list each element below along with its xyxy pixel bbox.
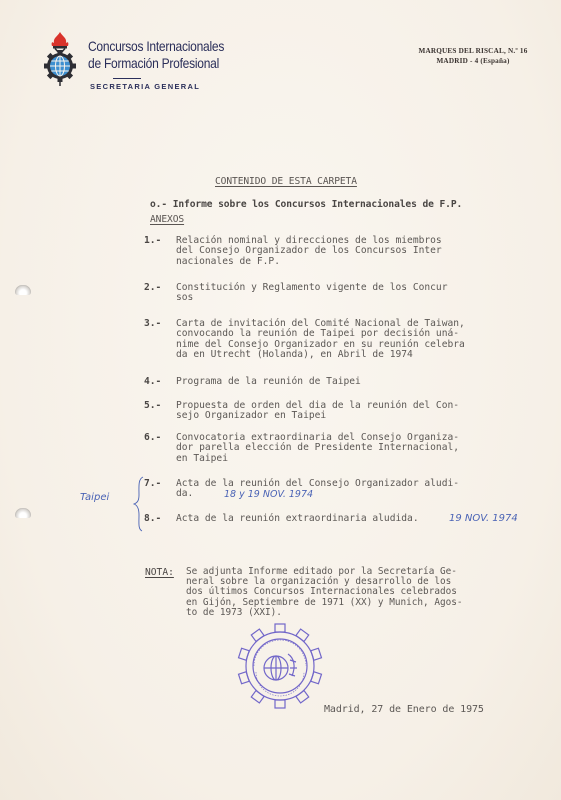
item-number: 1.- (144, 236, 176, 246)
item-text: Acta de la reunión del Consejo Organizad… (176, 479, 459, 500)
letterhead-divider (113, 78, 141, 79)
annex-item: 8.-Acta de la reunión extraordinaria alu… (144, 514, 419, 524)
address-line2: MADRID - 4 (España) (410, 56, 536, 66)
item-text: Relación nominal y direcciones de los mi… (176, 236, 442, 267)
address-line1: MARQUES DEL RISCAL, N.º 16 (410, 46, 536, 56)
intro-item: o.- Informe sobre los Concursos Internac… (150, 200, 462, 211)
item-text: Propuesta de orden del dia de la reunión… (176, 401, 459, 422)
item-text: Convocatoria extraordinaria del Consejo … (176, 433, 459, 464)
organization-name-line1: Concursos Internacionales (88, 38, 224, 55)
letterhead-address: MARQUES DEL RISCAL, N.º 16 MADRID - 4 (E… (410, 46, 536, 66)
punch-hole (15, 285, 31, 295)
item-text: Programa de la reunión de Taipei (176, 377, 361, 387)
note-label: NOTA: (145, 567, 174, 578)
item-text: Acta de la reunión extraordinaria aludid… (176, 514, 419, 524)
item-number: 3.- (144, 319, 176, 329)
annex-item: 4.-Programa de la reunión de Taipei (144, 377, 361, 387)
item-text: Constitución y Reglamento vigente de los… (176, 283, 447, 304)
place-and-date: Madrid, 27 de Enero de 1975 (324, 705, 484, 716)
handwritten-margin-note: Taipei (80, 492, 109, 503)
item-number: 2.- (144, 283, 176, 293)
handwritten-brace-icon (133, 475, 147, 533)
punch-hole (15, 508, 31, 518)
organization-logo-icon (40, 30, 80, 86)
document-title: CONTENIDO DE ESTA CARPETA (215, 177, 357, 188)
annex-item: 3.-Carta de invitación del Comité Nacion… (144, 319, 465, 361)
handwritten-date-item7: 18 y 19 NOV. 1974 (224, 489, 313, 500)
document-page: Concursos Internacionales de Formación P… (0, 0, 561, 800)
item-number: 4.- (144, 377, 176, 387)
item-number: 8.- (144, 514, 176, 524)
annex-item: 1.-Relación nominal y direcciones de los… (144, 236, 442, 267)
organization-name: Concursos Internacionales de Formación P… (88, 38, 224, 72)
annex-item: 5.-Propuesta de orden del dia de la reun… (144, 401, 459, 422)
official-seal-stamp-icon (236, 622, 324, 710)
annexes-label: ANEXOS (150, 215, 184, 226)
handwritten-date-item8: 19 NOV. 1974 (449, 513, 518, 524)
organization-subtitle: SECRETARIA GENERAL (90, 82, 200, 91)
item-number: 5.- (144, 401, 176, 411)
organization-name-line2: de Formación Profesional (88, 55, 224, 72)
note-text: Se adjunta Informe editado por la Secret… (186, 567, 463, 618)
annex-item: 6.-Convocatoria extraordinaria del Conse… (144, 433, 459, 464)
annex-item: 2.-Constitución y Reglamento vigente de … (144, 283, 447, 304)
item-text: Carta de invitación del Comité Nacional … (176, 319, 465, 361)
item-number: 7.- (144, 479, 176, 489)
item-number: 6.- (144, 433, 176, 443)
